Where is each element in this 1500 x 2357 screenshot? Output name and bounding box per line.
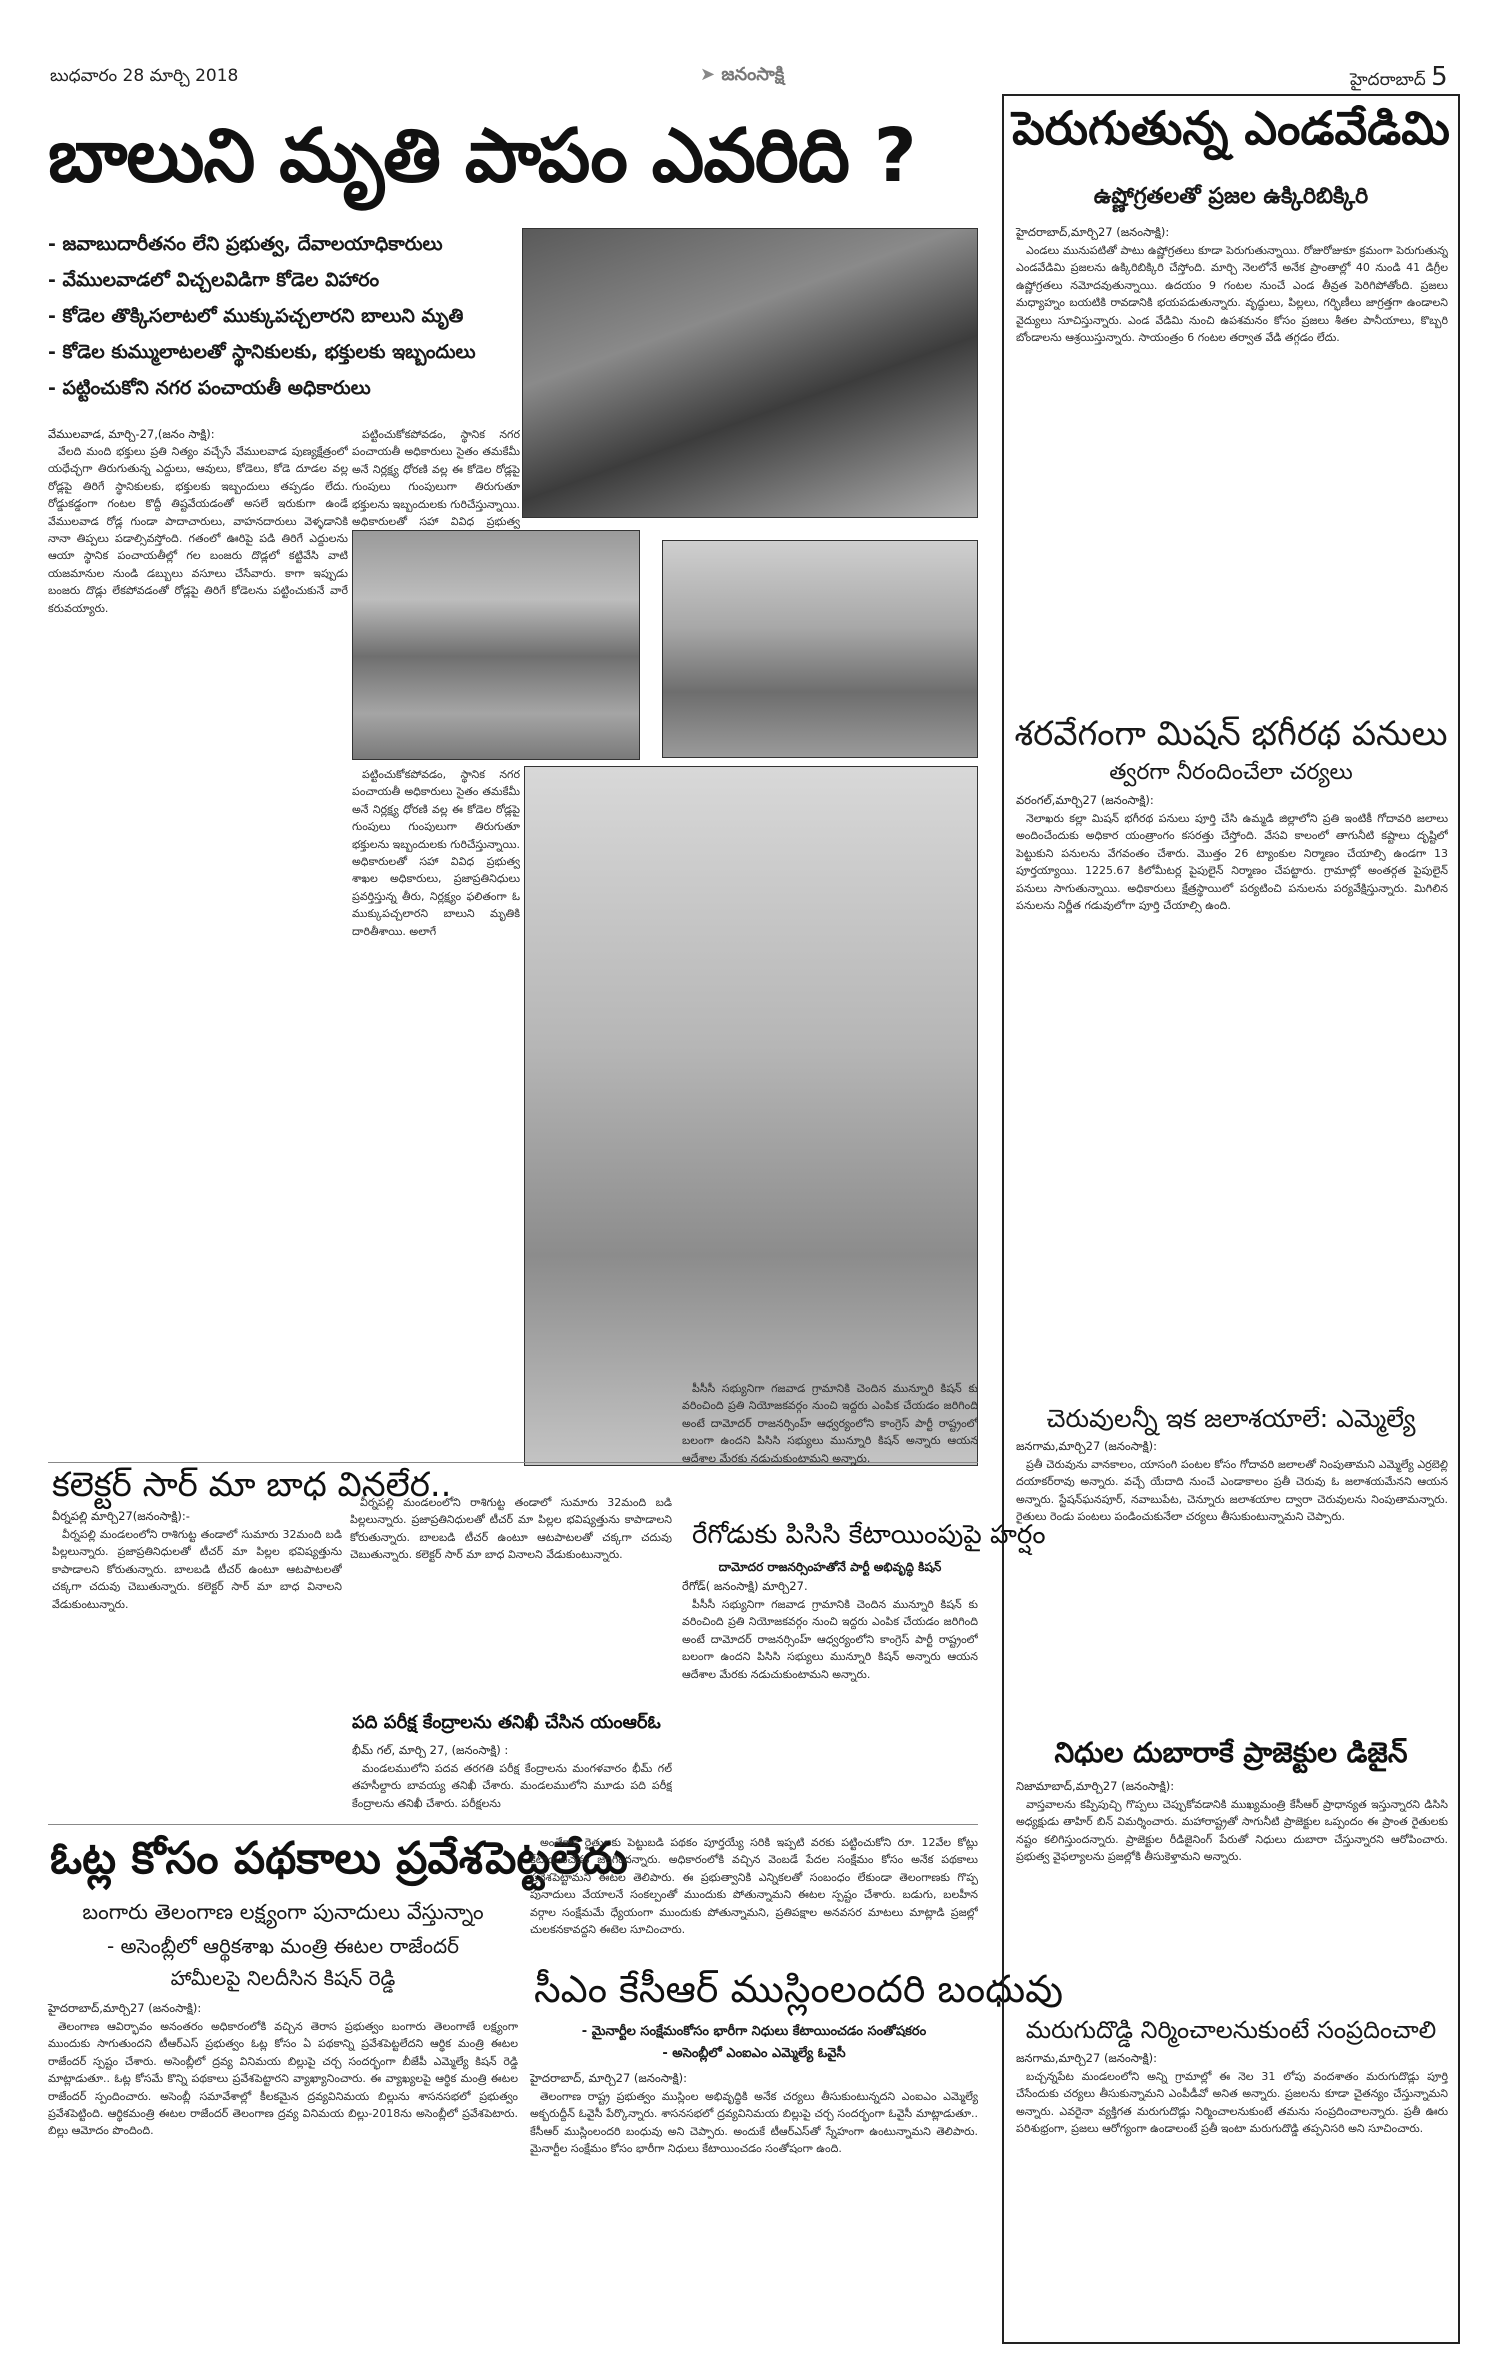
lead-headline: బాలుని మృతి పాపం ఎవరిది ? (48, 118, 916, 196)
folio-date: బుధవారం 28 మార్చి 2018 (50, 66, 238, 90)
lead-bullets: - జవాబుదారీతనం లేని ప్రభుత్వ, దేవాలయాధిక… (48, 226, 518, 406)
page-number: 5 (1431, 62, 1448, 92)
regodu-body-top: పీసీసీ సభ్యునిగా గజవాడ గ్రామానికి చెందిన… (682, 1380, 978, 1520)
collector-body-col2: వీర్నపల్లి మండలంలోని రాశిగుట్ట తండాలో సు… (350, 1494, 672, 1694)
lead-bullet: - కోడెల తొక్కిసలాటలో ముక్కుపచ్చలారని బాల… (48, 298, 518, 334)
budget-body-right: అంతేకాక రైతులకు పెట్టుబడి పథకం పూర్తయ్యే… (530, 1834, 978, 1960)
kcr-subhead-2: - అసెంబ్లీలో ఎంఐఎం ఎమ్మెల్యే ఓవైసీ (530, 2046, 978, 2064)
budget-dateline: హైదరాబాద్,మార్చి27 (జనంసాక్షి): (48, 2000, 201, 2017)
funds-body: వాస్తవాలను కప్పిపుచ్చి గొప్పలు చెప్పుకోవ… (1016, 1796, 1448, 2012)
toilets-headline: మరుగుదొడ్డి నిర్మించాలనుకుంటే సంప్రదించా… (1008, 2016, 1454, 2050)
ponds-headline: చెరువులన్నీ ఇక జలాశయాలే: ఎమ్మెల్యే (1008, 1404, 1454, 1440)
collector-body: వీర్నపల్లి మండలంలోని రాశిగుట్ట తండాలో సు… (52, 1526, 342, 1816)
lead-body-paragraph: పట్టించుకోకపోవడం, స్థానిక నగర పంచాయతీ అధ… (352, 766, 520, 940)
lead-bullet: - జవాబుదారీతనం లేని ప్రభుత్వ, దేవాలయాధిక… (48, 226, 518, 262)
regodu-dateline: రేగోడ్( జనంసాక్షి) మార్చి27. (682, 1578, 808, 1595)
regodu-paragraph: పీసీసీ సభ్యునిగా గజవాడ గ్రామానికి చెందిన… (682, 1596, 978, 1683)
ponds-dateline: జనగామ,మార్చి27 (జనంసాక్షి): (1016, 1438, 1157, 1455)
budget-subhead-1: బంగారు తెలంగాణ లక్ష్యంగా పునాదులు వేస్తు… (48, 1900, 518, 1930)
heat-subhead: ఉష్ణోగ్రతలతో ప్రజల ఉక్కిరిబిక్కిరి (1008, 184, 1454, 214)
heat-body: ఎండలు మునుపటితో పాటు ఉష్ణోగ్రతలు కూడా పె… (1016, 242, 1448, 706)
lead-bullet: - కోడెల కుమ్ములాటలతో స్థానికులకు, భక్తుల… (48, 334, 518, 370)
edition-name: హైదరాబాద్ (1350, 70, 1426, 90)
stray-cattle-photo (662, 540, 978, 758)
funds-dateline: నిజామాబాద్,మార్చి27 (జనంసాక్షి): (1016, 1778, 1174, 1795)
funds-headline: నిధుల దుబారాకే ప్రాజెక్టుల డిజైన్ (1008, 1738, 1454, 1767)
section-divider (48, 1824, 978, 1825)
lead-dateline: వేములవాడ, మార్చి-27,(జనం సాక్షి): (48, 426, 215, 443)
collector-paragraph: వీర్నపల్లి మండలంలోని రాశిగుట్ట తండాలో సు… (350, 1494, 672, 1564)
toilets-paragraph: బచ్చన్నపేట మండలంలోని అన్ని గ్రామాల్లో ఈ … (1016, 2068, 1448, 2138)
lead-body-col3: పట్టించుకోకపోవడం, స్థానిక నగర పంచాయతీ అధ… (352, 766, 520, 1456)
budget-body: తెలంగాణ ఆవిర్భావం అనంతరం అధికారంలోకి వచ్… (48, 2018, 518, 2318)
kcr-dateline: హైదరాబాద్, మార్చి27 (జనంసాక్షి): (530, 2070, 687, 2087)
kcr-headline: సీఎం కేసీఆర్ ముస్లింలందరి బంధువు (534, 1970, 1063, 2010)
mission-subhead: త్వరగా నీరందించేలా చర్యలు (1008, 760, 1454, 790)
mission-body: నెలాఖరు కల్లా మిషన్ భగీరథ పనులు పూర్తి చ… (1016, 810, 1448, 1400)
masthead-mark-icon: ➤ (700, 64, 715, 85)
regodu-body: పీసీసీ సభ్యునిగా గజవాడ గ్రామానికి చెందిన… (682, 1596, 978, 1818)
ponds-body: ప్రతీ చెరువును వానకాలం, యాసంగి పంటల కోసం… (1016, 1456, 1448, 1734)
lead-body-paragraph: వేలది మంది భక్తులు ప్రతి నిత్యం వచ్చేసే … (48, 443, 348, 617)
lead-bullet: - వేములవాడలో విచ్చలవిడిగా కోడెల విహారం (48, 262, 518, 298)
exam-paragraph: మండలములోని పదవ తరగతి పరీక్ష కేంద్రాలను మ… (352, 1760, 672, 1812)
street-crowd-cattle-photo (352, 530, 640, 760)
exam-headline: పది పరీక్ష కేంద్రాలను తనిఖీ చేసిన యంఆర్ఓ (352, 1714, 661, 1733)
heat-headline: పెరుగుతున్న ఎండవేడిమి (1008, 104, 1454, 152)
exam-dateline: భీమ్ గల్, మార్చి 27, (జనంసాక్షి) : (352, 1742, 508, 1759)
regodu-subhead: దామోదర రాజనర్సింహతోనే పార్టీ అభివృద్ధి క… (682, 1560, 978, 1577)
exam-body: మండలములోని పదవ తరగతి పరీక్ష కేంద్రాలను మ… (352, 1760, 672, 1820)
heat-paragraph: ఎండలు మునుపటితో పాటు ఉష్ణోగ్రతలు కూడా పె… (1016, 242, 1448, 346)
regodu-paragraph: పీసీసీ సభ్యునిగా గజవాడ గ్రామానికి చెందిన… (682, 1380, 978, 1467)
sleeping-child-photo (522, 228, 978, 518)
mission-headline: శరవేగంగా మిషన్ భగీరథ పనులు (1008, 714, 1454, 762)
masthead-logo: ➤ జనంసాక్షి (700, 64, 784, 89)
mission-paragraph: నెలాఖరు కల్లా మిషన్ భగీరథ పనులు పూర్తి చ… (1016, 810, 1448, 914)
masthead-title: జనంసాక్షి (721, 64, 784, 85)
budget-subhead-2: - అసెంబ్లీలో ఆర్థికశాఖ మంత్రి ఈటల రాజేంద… (48, 1934, 518, 1963)
heat-dateline: హైదరాబాద్,మార్చి27 (జనంసాక్షి): (1016, 224, 1169, 241)
folio-edition: హైదరాబాద్ 5 (1350, 62, 1448, 94)
regodu-headline: రేగోడుకు పిసిసి కేటాయింపుపై హర్షం (692, 1522, 1046, 1549)
budget-subhead-3: హామీలపై నిలదీసిన కిషన్ రెడ్డి (48, 1966, 518, 1995)
budget-paragraph: అంతేకాక రైతులకు పెట్టుబడి పథకం పూర్తయ్యే… (530, 1834, 978, 1938)
toilets-dateline: జనగామ,మార్చి27 (జనంసాక్షి): (1016, 2050, 1157, 2067)
kcr-subhead-1: - మైనార్టీల సంక్షేమంకోసం భారీగా నిధులు క… (530, 2024, 978, 2042)
lead-bullet: - పట్టించుకోని నగర పంచాయతీ అధికారులు (48, 370, 518, 406)
collector-dateline: వీర్నపల్లి మార్చి27(జనంసాక్షి):- (52, 1508, 190, 1525)
lead-body-col1: వేలది మంది భక్తులు ప్రతి నిత్యం వచ్చేసే … (48, 443, 348, 1455)
collector-paragraph: వీర్నపల్లి మండలంలోని రాశిగుట్ట తండాలో సు… (52, 1526, 342, 1613)
toilets-body: బచ్చన్నపేట మండలంలోని అన్ని గ్రామాల్లో ఈ … (1016, 2068, 1448, 2334)
mission-dateline: వరంగల్,మార్చి27 (జనంసాక్షి): (1016, 792, 1154, 809)
budget-paragraph: తెలంగాణ ఆవిర్భావం అనంతరం అధికారంలోకి వచ్… (48, 2018, 518, 2140)
funds-paragraph: వాస్తవాలను కప్పిపుచ్చి గొప్పలు చెప్పుకోవ… (1016, 1796, 1448, 1866)
kcr-paragraph: తెలంగాణ రాష్ట్ర ప్రభుత్వం ముస్లింల అభివృ… (530, 2088, 978, 2158)
ponds-paragraph: ప్రతీ చెరువును వానకాలం, యాసంగి పంటల కోసం… (1016, 1456, 1448, 1526)
kcr-body: తెలంగాణ రాష్ట్ర ప్రభుత్వం ముస్లింల అభివృ… (530, 2088, 978, 2318)
family-portrait-photo (524, 766, 978, 1466)
